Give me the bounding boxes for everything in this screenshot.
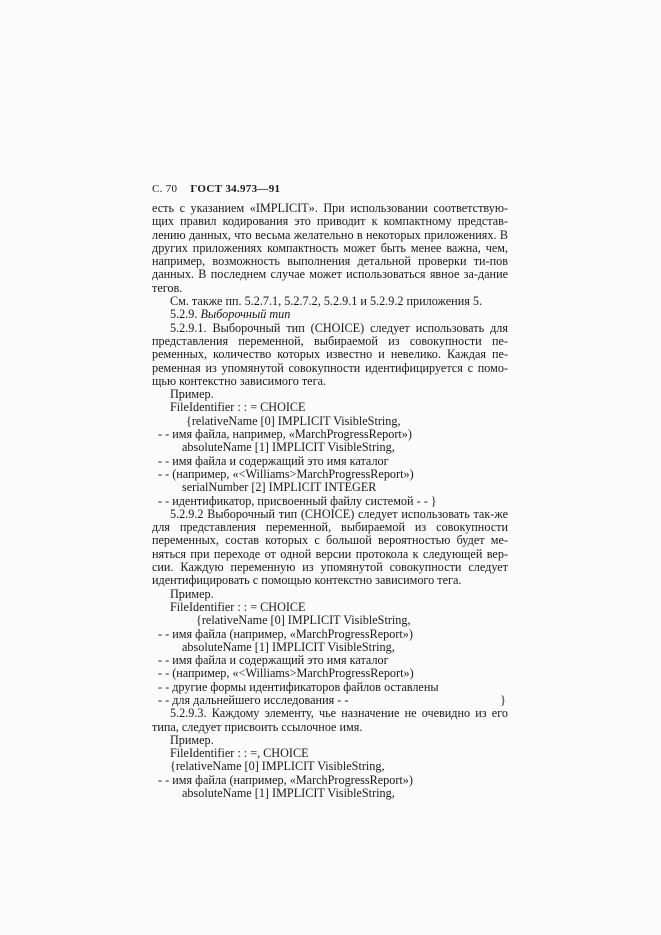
code-comment: - - (например, «<Williams>MarchProgressR… <box>152 468 508 481</box>
code-line: FileIdentifier : : = CHOICE <box>152 401 508 414</box>
page-header: С. 70 ГОСТ 34.973—91 <box>152 183 280 195</box>
code-comment-text: - - для дальнейшего исследования - - <box>158 693 348 707</box>
code-line: absoluteName [1] IMPLICIT VisibleString, <box>152 787 508 800</box>
code-comment: - - (например, «<Williams>MarchProgressR… <box>152 667 508 680</box>
example-label: Пример. <box>152 734 508 747</box>
paragraph-5291: 5.2.9.1. Выборочный тип (CHOICE) следует… <box>152 322 508 388</box>
code-line: absoluteName [1] IMPLICIT VisibleString, <box>152 441 508 454</box>
code-line: FileIdentifier : : =, CHOICE <box>152 747 508 760</box>
code-line: serialNumber [2] IMPLICIT INTEGER <box>152 481 508 494</box>
code-comment: - - для дальнейшего исследования - -} <box>152 694 508 707</box>
code-comment: - - имя файла (например, «MarchProgressR… <box>152 774 508 787</box>
document-body: есть с указанием «IMPLICIT». При использ… <box>152 202 508 800</box>
section-number: 5.2.9. <box>170 307 197 321</box>
code-example-3: FileIdentifier : : =, CHOICE {relativeNa… <box>152 747 508 800</box>
page-number: С. 70 <box>152 183 177 195</box>
code-comment: - - имя файла и содержащий это имя катал… <box>152 654 508 667</box>
code-line: {relativeName [0] IMPLICIT VisibleString… <box>152 760 508 773</box>
paragraph: есть с указанием «IMPLICIT». При использ… <box>152 202 508 295</box>
code-example-1: FileIdentifier : : = CHOICE {relativeNam… <box>152 401 508 507</box>
standard-code: ГОСТ 34.973—91 <box>190 183 280 195</box>
example-label: Пример. <box>152 588 508 601</box>
code-comment: - - имя файла и содержащий это имя катал… <box>152 455 508 468</box>
section-title: Выборочный тип <box>200 307 290 321</box>
code-comment: - - имя файла (например, «MarchProgressR… <box>152 628 508 641</box>
paragraph-5293: 5.2.9.3. Каждому элементу, чье назначени… <box>152 707 508 734</box>
code-example-2: FileIdentifier : : = CHOICE {relativeNam… <box>152 601 508 707</box>
code-comment: - - другие формы идентификаторов файлов … <box>152 681 508 694</box>
paragraph-5292: 5.2.9.2 Выборочный тип (CHOICE) следует … <box>152 508 508 588</box>
closing-brace: } <box>500 694 506 707</box>
code-comment: - - идентификатор, присвоенный файлу сис… <box>152 495 508 508</box>
code-line: {relativeName [0] IMPLICIT VisibleString… <box>152 415 508 428</box>
paragraph-see-also: См. также пп. 5.2.7.1, 5.2.7.2, 5.2.9.1 … <box>152 295 508 308</box>
code-comment: - - имя файла, например, «MarchProgressR… <box>152 428 508 441</box>
section-heading: 5.2.9. Выборочный тип <box>152 308 508 321</box>
code-line: {relativeName [0] IMPLICIT VisibleString… <box>152 614 508 627</box>
code-line: absoluteName [1] IMPLICIT VisibleString, <box>152 641 508 654</box>
code-line: FileIdentifier : : = CHOICE <box>152 601 508 614</box>
example-label: Пример. <box>152 388 508 401</box>
